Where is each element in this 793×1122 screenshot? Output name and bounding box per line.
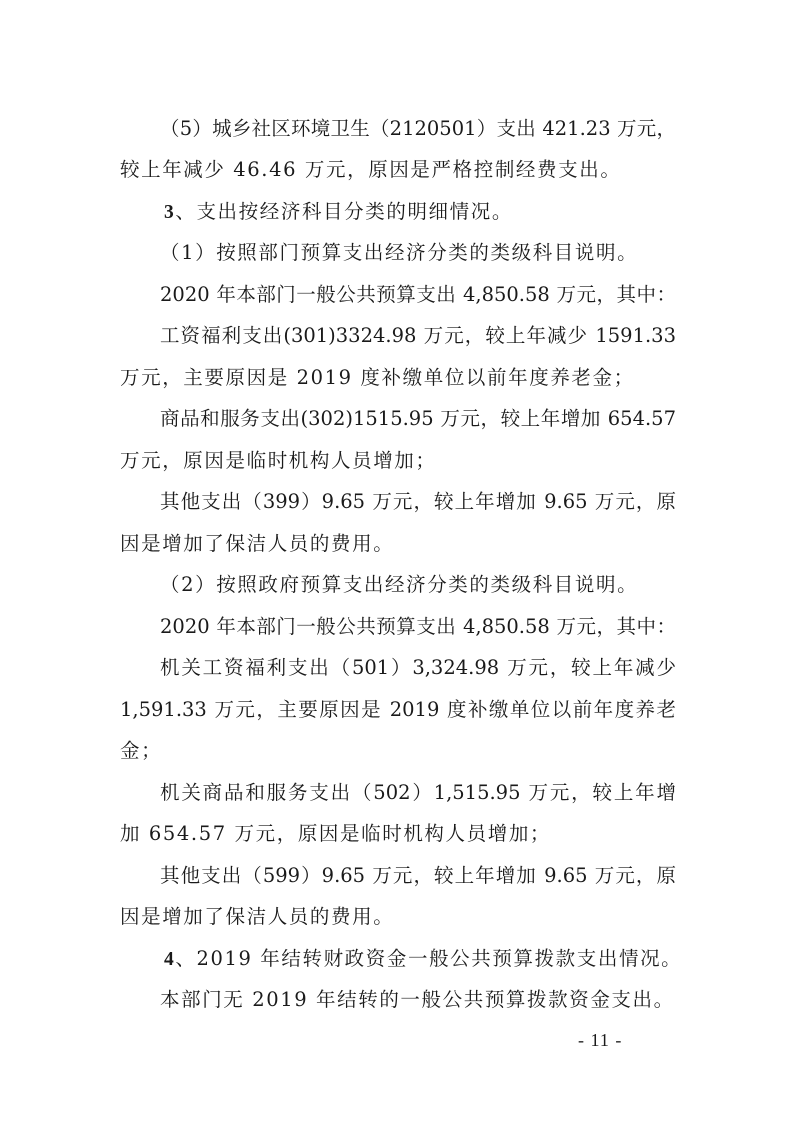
paragraph-line: （5）城乡社区环境卫生（2120501）支出 421.23 万元， — [160, 117, 676, 141]
paragraph-line: 本部门无 2019 年结转的一般公共预算拨款资金支出。 — [160, 988, 676, 1012]
paragraph-line: 较上年减少 46.46 万元，原因是严格控制经费支出。 — [120, 158, 676, 182]
document-page: （5）城乡社区环境卫生（2120501）支出 421.23 万元， 较上年减少 … — [0, 0, 793, 1122]
paragraph-line: 机关商品和服务支出（502）1,515.95 万元，较上年增 — [160, 781, 676, 805]
paragraph-line: 金； — [120, 739, 676, 763]
section-number: 3 — [164, 202, 175, 223]
paragraph-line: 因是增加了保洁人员的费用。 — [120, 532, 676, 556]
paragraph-line: 工资福利支出(301)3324.98 万元，较上年减少 1591.33 — [160, 324, 676, 348]
section-heading-text: 、2019 年结转财政资金一般公共预算拨款支出情况。 — [175, 947, 682, 970]
section-heading-4: 4、2019 年结转财政资金一般公共预算拨款支出情况。 — [164, 947, 720, 972]
paragraph-line: 万元，主要原因是 2019 度补缴单位以前年度养老金； — [120, 366, 676, 390]
paragraph-line: 加 654.57 万元，原因是临时机构人员增加； — [120, 822, 676, 846]
paragraph-line: 其他支出（599）9.65 万元，较上年增加 9.65 万元，原 — [160, 864, 676, 888]
paragraph-line: 万元，原因是临时机构人员增加； — [120, 449, 676, 473]
paragraph-line: 因是增加了保洁人员的费用。 — [120, 905, 676, 929]
paragraph-line: 机关工资福利支出（501）3,324.98 万元，较上年减少 — [160, 656, 676, 680]
subsection-heading: （2）按照政府预算支出经济分类的类级科目说明。 — [160, 573, 676, 597]
paragraph-line: 其他支出（399）9.65 万元，较上年增加 9.65 万元，原 — [160, 490, 676, 514]
section-heading-3: 3、支出按经济科目分类的明细情况。 — [164, 200, 720, 225]
paragraph-line: 2020 年本部门一般公共预算支出 4,850.58 万元，其中： — [160, 283, 676, 307]
section-number: 4 — [164, 949, 175, 970]
paragraph-line: 商品和服务支出(302)1515.95 万元，较上年增加 654.57 — [160, 407, 676, 431]
paragraph-line: 1,591.33 万元，主要原因是 2019 度补缴单位以前年度养老 — [120, 698, 676, 722]
page-number: - 11 - — [578, 1030, 622, 1051]
paragraph-line: 2020 年本部门一般公共预算支出 4,850.58 万元，其中： — [160, 615, 676, 639]
section-heading-text: 、支出按经济科目分类的明细情况。 — [175, 200, 513, 223]
subsection-heading: （1）按照部门预算支出经济分类的类级科目说明。 — [160, 241, 676, 265]
